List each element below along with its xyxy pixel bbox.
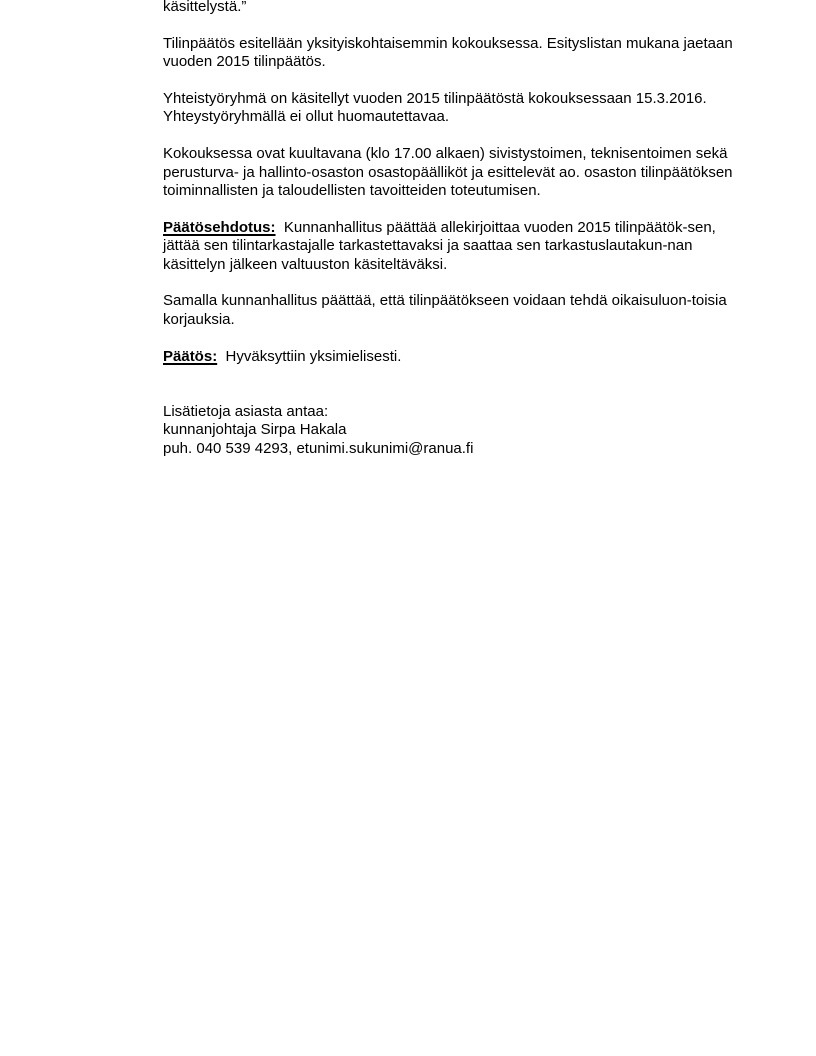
contact-heading: Lisätietoja asiasta antaa: <box>163 403 743 421</box>
cooperation-paragraph: Yhteistyöryhmä on käsitellyt vuoden 2015… <box>163 90 743 127</box>
proposal-paragraph: Päätösehdotus: Kunnanhallitus päättää al… <box>163 219 743 274</box>
decision-label: Päätös: <box>163 348 217 365</box>
decision-text: Hyväksyttiin yksimielisesti. <box>226 348 402 365</box>
proposal-label: Päätösehdotus: <box>163 219 276 236</box>
presentation-paragraph: Tilinpäätös esitellään yksityiskohtaisem… <box>163 35 743 72</box>
contact-info: Lisätietoja asiasta antaa: kunnanjohtaja… <box>163 403 743 458</box>
contact-person: kunnanjohtaja Sirpa Hakala <box>163 421 743 439</box>
contact-details: puh. 040 539 4293, etunimi.sukunimi@ranu… <box>163 440 743 458</box>
corrections-paragraph: Samalla kunnanhallitus päättää, että til… <box>163 292 743 329</box>
meeting-paragraph: Kokouksessa ovat kuultavana (klo 17.00 a… <box>163 145 743 200</box>
document-page: käsittelystä.” Tilinpäätös esitellään yk… <box>163 0 743 458</box>
decision-paragraph: Päätös: Hyväksyttiin yksimielisesti. <box>163 348 743 366</box>
intro-tail-paragraph: käsittelystä.” <box>163 0 743 16</box>
